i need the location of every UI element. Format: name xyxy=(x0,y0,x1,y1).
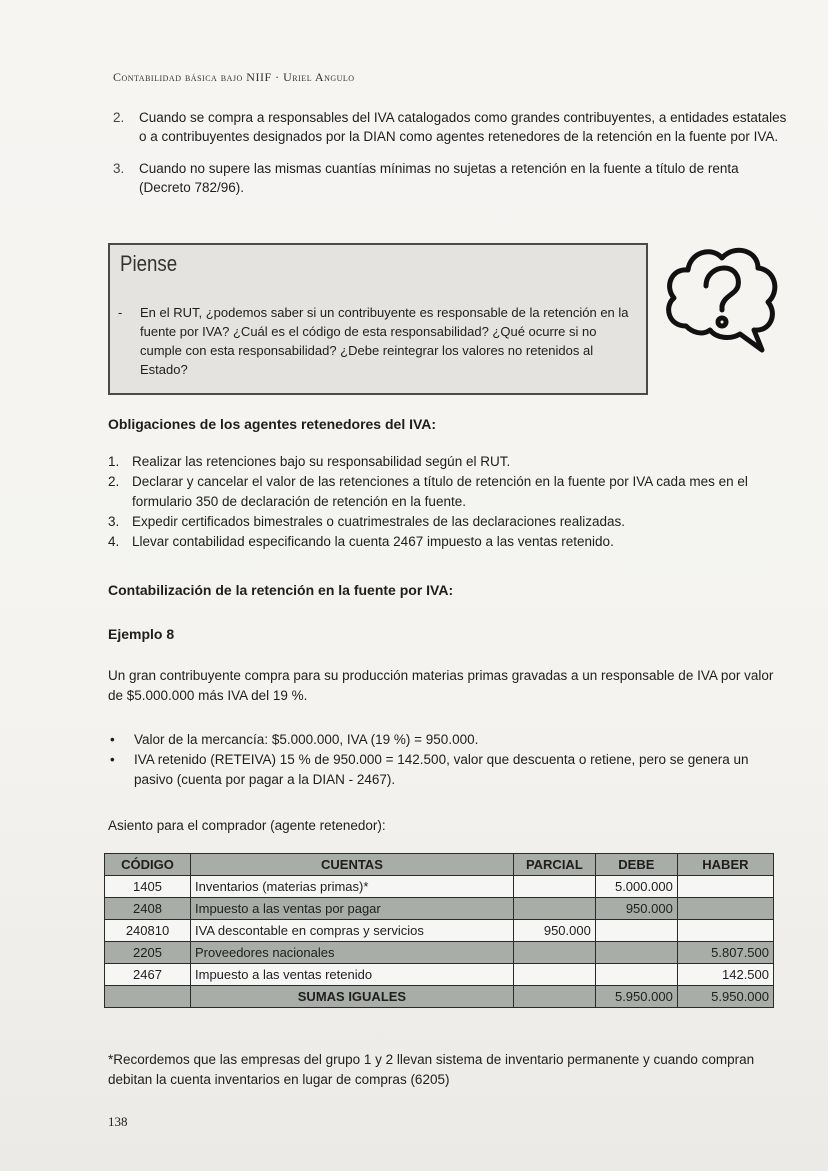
table-header-row: CÓDIGO CUENTAS PARCIAL DEBE HABER xyxy=(105,854,774,876)
list-text: Cuando se compra a responsables del IVA … xyxy=(139,108,793,146)
cell-cuenta: Proveedores nacionales xyxy=(191,942,514,964)
header-haber: HABER xyxy=(677,854,773,876)
footnote: *Recordemos que las empresas del grupo 1… xyxy=(108,1050,788,1090)
obligaciones-heading: Obligaciones de los agentes retenedores … xyxy=(108,416,436,432)
list-text: Realizar las retenciones bajo su respons… xyxy=(132,452,510,472)
ejemplo-text: Un gran contribuyente compra para su pro… xyxy=(108,666,788,706)
list-number: 2. xyxy=(113,108,139,146)
list-number: 2. xyxy=(108,472,132,512)
list-text: Valor de la mercancía: $5.000.000, IVA (… xyxy=(134,730,478,750)
cell-codigo: 2467 xyxy=(105,964,191,986)
cell-parcial xyxy=(513,964,595,986)
cell-debe xyxy=(595,964,677,986)
list-item: 1. Realizar las retenciones bajo su resp… xyxy=(108,452,788,472)
list-text: Cuando no supere las mismas cuantías mín… xyxy=(139,159,793,197)
bullet-marker: • xyxy=(108,730,134,750)
table-row: 240810 IVA descontable en compras y serv… xyxy=(105,920,774,942)
header-debe: DEBE xyxy=(595,854,677,876)
list-item: • IVA retenido (RETEIVA) 15 % de 950.000… xyxy=(108,750,788,790)
cell-codigo: 2205 xyxy=(105,942,191,964)
asiento-label: Asiento para el comprador (agente retene… xyxy=(108,816,788,836)
cell-cuenta: Impuesto a las ventas retenido xyxy=(191,964,514,986)
journal-entry-table: CÓDIGO CUENTAS PARCIAL DEBE HABER 1405 I… xyxy=(104,853,774,1008)
header-codigo: CÓDIGO xyxy=(105,854,191,876)
cell-cuenta: Impuesto a las ventas por pagar xyxy=(191,898,514,920)
cell-debe xyxy=(595,920,677,942)
piense-bullet: - xyxy=(118,303,140,379)
list-text: Expedir certificados bimestrales o cuatr… xyxy=(132,512,625,532)
piense-title: Piense xyxy=(120,251,177,277)
cell-haber xyxy=(677,876,773,898)
page-number: 138 xyxy=(108,1114,128,1130)
list-text: IVA retenido (RETEIVA) 15 % de 950.000 =… xyxy=(134,750,788,790)
list-item: 4. Llevar contabilidad especificando la … xyxy=(108,532,788,552)
cell-debe xyxy=(595,942,677,964)
cell-parcial xyxy=(513,898,595,920)
cell-codigo: 2408 xyxy=(105,898,191,920)
list-number: 4. xyxy=(108,532,132,552)
table-row: 1405 Inventarios (materias primas)* 5.00… xyxy=(105,876,774,898)
running-head: Contabilidad básica bajo NIIF · Uriel An… xyxy=(113,70,355,85)
book-page: Contabilidad básica bajo NIIF · Uriel An… xyxy=(0,0,828,1171)
table-row: 2467 Impuesto a las ventas retenido 142.… xyxy=(105,964,774,986)
list-item: • Valor de la mercancía: $5.000.000, IVA… xyxy=(108,730,788,750)
cell-parcial xyxy=(513,986,595,1008)
total-debe: 5.950.000 xyxy=(595,986,677,1008)
list-item: 3. Expedir certificados bimestrales o cu… xyxy=(108,512,788,532)
cell-parcial xyxy=(513,876,595,898)
bullet-marker: • xyxy=(108,750,134,790)
cell-haber xyxy=(677,920,773,942)
list-item: 2. Declarar y cancelar el valor de las r… xyxy=(108,472,788,512)
list-number: 1. xyxy=(108,452,132,472)
cell-debe: 5.000.000 xyxy=(595,876,677,898)
list-text: Declarar y cancelar el valor de las rete… xyxy=(132,472,788,512)
cell-cuenta: Inventarios (materias primas)* xyxy=(191,876,514,898)
ejemplo-heading: Ejemplo 8 xyxy=(108,626,174,642)
cell-haber: 142.500 xyxy=(677,964,773,986)
cell-cuenta: IVA descontable en compras y servicios xyxy=(191,920,514,942)
cell-parcial xyxy=(513,942,595,964)
piense-question-text: En el RUT, ¿podemos saber si un contribu… xyxy=(140,303,638,379)
ejemplo-bullets: • Valor de la mercancía: $5.000.000, IVA… xyxy=(108,730,788,790)
cell-haber: 5.807.500 xyxy=(677,942,773,964)
cell-debe: 950.000 xyxy=(595,898,677,920)
table-row: 2205 Proveedores nacionales 5.807.500 xyxy=(105,942,774,964)
list-number: 3. xyxy=(108,512,132,532)
total-haber: 5.950.000 xyxy=(677,986,773,1008)
obligaciones-list: 1. Realizar las retenciones bajo su resp… xyxy=(108,452,788,552)
list-number: 3. xyxy=(113,159,139,197)
cell-haber xyxy=(677,898,773,920)
list-text: Llevar contabilidad especificando la cue… xyxy=(132,532,614,552)
piense-box: Piense - En el RUT, ¿podemos saber si un… xyxy=(108,243,648,395)
continued-list: 2. Cuando se compra a responsables del I… xyxy=(113,108,793,210)
header-parcial: PARCIAL xyxy=(513,854,595,876)
list-item: 2. Cuando se compra a responsables del I… xyxy=(113,108,793,146)
contabilizacion-heading: Contabilización de la retención en la fu… xyxy=(108,582,453,598)
table-total-row: SUMAS IGUALES 5.950.000 5.950.000 xyxy=(105,986,774,1008)
header-cuentas: CUENTAS xyxy=(191,854,514,876)
cell-codigo: 240810 xyxy=(105,920,191,942)
table-row: 2408 Impuesto a las ventas por pagar 950… xyxy=(105,898,774,920)
cell-codigo xyxy=(105,986,191,1008)
cell-parcial: 950.000 xyxy=(513,920,595,942)
thought-bubble-question-icon xyxy=(658,240,783,358)
cell-codigo: 1405 xyxy=(105,876,191,898)
total-label: SUMAS IGUALES xyxy=(191,986,514,1008)
list-item: 3. Cuando no supere las mismas cuantías … xyxy=(113,159,793,197)
piense-question: - En el RUT, ¿podemos saber si un contri… xyxy=(118,303,638,379)
